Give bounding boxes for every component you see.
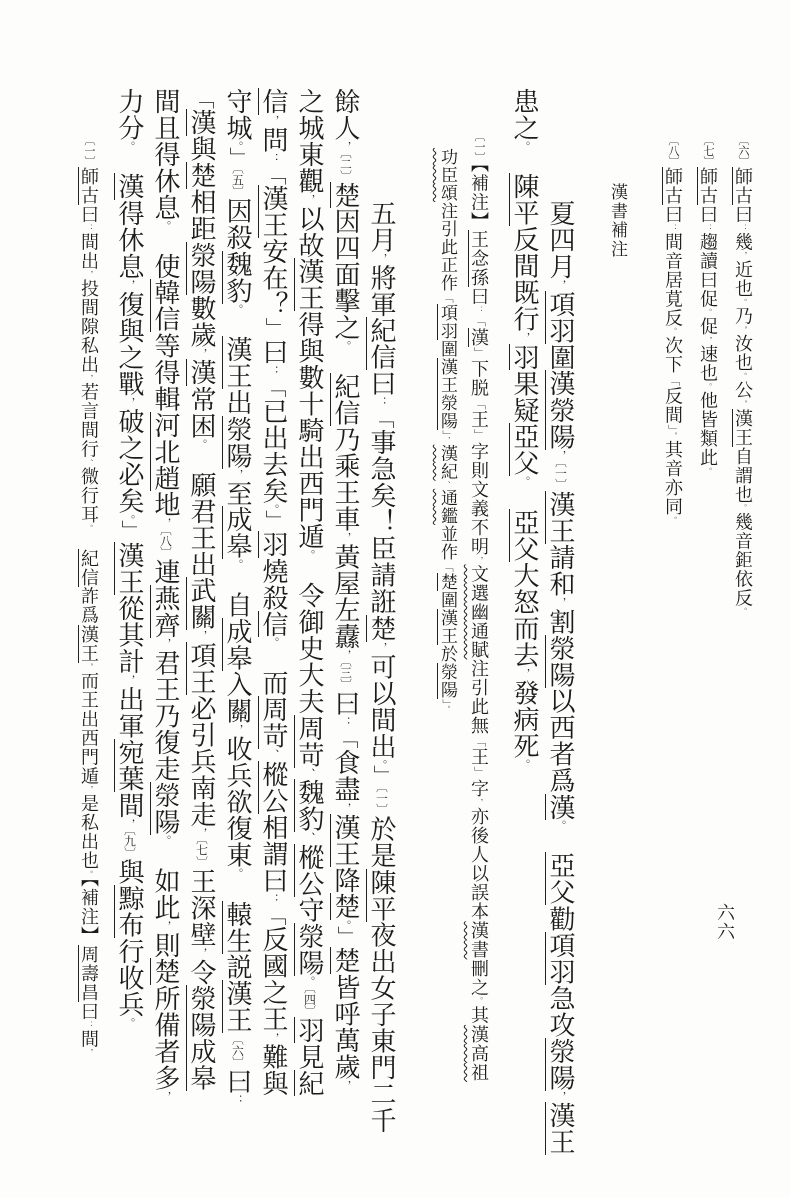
text-column: 〔一〕師古曰：間出，投間隙私出，若言間行、微行耳。 紀信詐爲漢王，而王出西門遁，… [80,88,98,1133]
punctuation: ， [669,432,678,441]
text-column: 夏四月，項羽圍漢滎陽，〔一〕漢王請和，割滎陽以西者爲漢。 亞父勸項羽急攻滎陽，漢… [547,88,573,1133]
proper-noun-mark: 漢王 [732,409,753,447]
text-run: ， [546,450,575,461]
punctuation: ， [267,115,279,126]
punctuation: 、 [443,481,451,489]
text-run: 燒殺 [259,558,288,611]
punctuation: ， [518,668,530,679]
text-column: 餘人，〔二〕楚因四面擊之。 紀信乃乘王車，黃屋左纛，〔三〕曰：「食盡，漢王降楚。… [332,88,358,1133]
proper-noun-mark: 韓信 [150,279,180,332]
text-run: 守城。」 [223,88,252,168]
proper-noun-mark: 魏豹 [222,251,252,304]
punctuation: ： [267,365,279,376]
footnote-marker: 〔八〕 [159,529,172,558]
proper-noun-mark: 滎陽 [294,923,324,976]
text-run: 於是 [367,816,396,869]
text-run: 。 [223,304,252,336]
text-run: 、 [259,749,288,760]
proper-noun-mark: 漢王 [545,1102,575,1155]
text-column: 功臣頌注引此正作「項羽圍漢王滎陽」，漢紀、通鑑並作「楚圍漢王於滎陽」。 [439,88,456,1133]
text-run: 見 [295,1043,324,1070]
punctuation: 。 [267,637,279,643]
text-run: 夏四月， [546,200,575,291]
punctuation: ， [195,630,207,641]
text-run: 。 [295,976,324,987]
punctuation: 。 [303,550,315,556]
proper-noun-mark: 羽 [294,1017,324,1044]
punctuation: 。 [231,868,243,874]
punctuation: 、 [267,749,279,760]
text-run: 。 如此，則 [151,835,180,958]
punctuation: ， [85,1049,94,1058]
punctuation: ， [339,802,351,813]
punctuation: ， [85,271,94,280]
punctuation: 。 [443,705,451,713]
text-run: 、 [295,832,324,843]
proper-noun-mark: 信 [258,88,288,115]
punctuation: ， [375,642,387,653]
proper-noun-mark: 滎陽 [150,782,180,835]
text-column: 患之。 陳平反間既行，羽果疑亞父。 亞父大怒而去，發病死。 [511,88,537,1133]
footnote-marker: 〔六〕 [737,134,749,167]
text-run: 之城東觀，以故 [295,88,324,258]
quote-bracket: 」 [473,429,486,442]
quote-bracket: 」 [473,767,486,780]
text-run: 曰：幾，近也。乃，汝也。公， [733,205,753,408]
punctuation: ： [267,893,279,904]
punctuation: 。 [704,468,713,477]
quote-bracket: 「 [441,292,453,304]
text-column: 〔一〕【補注】王念孫曰：「漢」下脱「王」字則文義不明，文選幽通賦注引此無「王」字… [470,88,488,1133]
proper-noun-mark: 師古 [78,167,99,205]
text-run: 與 [187,136,216,163]
punctuation: ： [85,1021,94,1030]
punctuation: ， [339,532,351,543]
text-run: 因四面擊之。 [331,208,360,373]
punctuation: 。 [669,328,678,337]
proper-noun-mark: 楚 [366,615,396,642]
proper-noun-mark: 亞父 [509,509,539,562]
punctuation: ， [195,827,207,838]
proper-noun-mark: 滎陽 [545,397,575,450]
punctuation: 。 [475,997,484,1006]
punctuation: ， [123,818,135,829]
text-run: ，而王出西門遁，是私出也。 [79,663,99,879]
proper-noun-mark: 漢 [468,328,489,347]
proper-noun-mark: 滎陽 [186,242,216,295]
quote-bracket: 「 [473,735,486,748]
text-run: 請和，割 [546,544,575,635]
text-run: 皆呼萬歲， [331,974,360,1091]
text-run: 於 [438,645,457,663]
text-run: 與 [115,859,144,886]
text-run: 曰：「事急矣！臣請誑 [367,370,396,615]
punctuation: ， [159,1091,171,1102]
proper-noun-mark: 趙 [150,465,180,492]
punctuation: ： [669,224,678,233]
buzhu-label: 【補注】 [79,878,99,945]
proper-noun-mark: 周苛 [294,715,324,768]
punctuation: ， [303,194,315,205]
proper-noun-mark: 羽 [509,344,539,371]
footnote-marker: 〔九〕 [123,829,136,858]
punctuation: ： [475,306,484,315]
proper-noun-mark: 周壽昌 [78,945,99,1002]
proper-noun-mark: 武關 [186,577,216,630]
proper-noun-mark: 魏豹 [294,779,324,832]
punctuation: 。 [85,870,94,879]
text-run: 曰： [223,1068,252,1106]
punctuation: 、 [303,768,315,779]
text-run: 反間既行， [510,226,539,343]
proper-noun-mark: 黥布 [114,885,144,938]
punctuation: ， [85,663,94,672]
proper-noun-mark: 楚 [330,182,360,209]
text-run: 曰：間， [79,1002,99,1057]
text-run: ， [546,1091,575,1102]
text-run: 間且得休息。 使 [151,88,180,279]
text-run: 曰：「 [469,287,489,327]
proper-noun-mark: 陳平 [509,173,539,226]
book-title-mark: 漢紀 [438,445,457,481]
book-title-mark: 漢書 [469,921,489,959]
proper-noun-mark: 項王 [186,642,216,695]
quote-bracket: 「 [473,397,486,410]
quote-bracket: 「 [190,88,213,109]
text-run: 圍 [546,344,575,371]
proper-noun-mark: 信 [258,611,288,638]
text-run: 説 [223,954,252,981]
proper-noun-mark: 紀信 [330,373,360,426]
text-run: 間， [115,792,144,830]
punctuation: ， [739,252,748,261]
text-run: 安在？」曰：「已出去矣。」 [259,238,288,531]
text-run: 等得輯 [151,332,180,412]
quote-bracket: 「 [370,408,393,429]
punctuation: 。 [554,820,566,826]
proper-noun-mark: 漢 [545,370,575,397]
punctuation: ： [739,224,748,233]
text-run: 出 [223,389,252,416]
punctuation: ， [123,397,135,408]
proper-noun-mark: 成皋 [222,506,252,559]
proper-noun-mark: 王念孫 [468,230,489,287]
proper-noun-mark: 漢王 [294,258,324,311]
footnote-marker: 〔一〕 [473,130,485,163]
proper-noun-mark: 漢王 [222,980,252,1033]
proper-noun-mark: 項羽 [545,291,575,344]
text-run: 並作「 [438,525,457,573]
text-run: 常困。 願君王出 [187,386,216,577]
punctuation: 。 [231,304,243,310]
proper-noun-mark: 漢 [186,359,216,386]
footnote-marker: 〔七〕 [195,839,208,868]
quote-bracket: 」 [334,926,357,947]
text-run: 王深壁，令 [187,868,216,985]
text-run: 夜出女子東門二千 [367,922,396,1134]
proper-noun-mark: 漢王 [437,609,457,645]
text-run: 曰：間音居莧反。次下「反間」，其音亦同。 [663,205,683,525]
punctuation: ， [195,348,207,359]
text-run: 」。 [438,699,457,714]
proper-noun-mark: 楚 [150,958,180,985]
text-run: ， [187,630,216,641]
text-run: 連 [151,559,180,586]
punctuation: 。 [123,141,135,147]
text-run: 以西者爲 [546,688,575,794]
punctuation: ： [267,152,279,163]
text-run: 必引兵南走， [187,695,216,839]
proper-noun-mark: 項羽 [545,932,575,985]
quote-bracket: 「 [667,375,680,388]
proper-noun-mark: 轅生 [222,901,252,954]
text-run: 地， [151,491,180,529]
quote-bracket: 「 [262,164,285,185]
punctuation: 、 [303,832,315,843]
proper-noun-mark: 滎陽 [545,1038,575,1091]
punctuation: ， [159,518,171,529]
text-run: 圍 [438,591,457,609]
proper-noun-mark: 楚 [437,573,457,591]
text-run: 圍 [438,340,457,358]
text-column: 〔七〕師古曰：趨讀曰促。促，速也。他皆類此。 [699,88,717,1133]
proper-noun-mark: 師古 [732,167,753,205]
proper-noun-mark: 漢 [186,109,216,136]
punctuation: 。 [339,341,351,347]
text-run: 。 [546,820,575,852]
punctuation: ， [123,674,135,685]
text-run: 從其計，出軍 [115,595,144,739]
text-run: 大怒而去，發病死。 [510,562,539,770]
text-run: 詐爲 [79,587,99,625]
text-run: 五月，將軍 [367,200,396,317]
text-run: 曰：趨讀曰促。促，速也。他皆類此。 [698,205,718,476]
punctuation: 。 [669,517,678,526]
text-column: 〔六〕師古曰：幾，近也。乃，汝也。公，漢王自謂也。幾音鉅依反。 [734,88,752,1133]
punctuation: ： [85,224,94,233]
proper-noun-mark: 漢王 [114,542,144,595]
text-run: 相謂曰：「反國之王，難與 [259,814,288,1097]
proper-noun-mark: 紀信 [78,549,99,587]
punctuation: 。 [739,607,748,616]
punctuation: ， [375,253,387,264]
text-run: 曰：間出，投間隙私出，若言間行、微行耳。 [79,205,99,548]
text-run: 入關，收兵欲復東。 [223,671,252,900]
text-column: 間且得休息。 使韓信等得輯河北趙地，〔八〕連燕齊，君王乃復走滎陽。 如此，則楚所… [152,88,178,1133]
punctuation: ： [375,397,387,408]
punctuation: ， [267,1032,279,1043]
footnote-marker: 〔五〕 [231,168,244,197]
text-run: 、 [438,481,457,489]
text-run: 因殺 [223,198,252,251]
punctuation: ， [159,921,171,932]
footnote-marker: 〔三〕 [339,661,352,690]
proper-noun-mark: 滎陽 [186,985,216,1038]
punctuation: 。 [159,835,171,841]
proper-noun-mark: 樅公 [258,761,288,814]
proper-noun-mark: 漢 [114,173,144,200]
text-run: 得休息，復與之戰，破之必矣。」 [115,200,144,542]
text-columns: 〔六〕師古曰：幾，近也。乃，汝也。公，漢王自謂也。幾音鉅依反。〔七〕師古曰：趨讀… [80,88,752,1133]
footnote-marker: 〔二〕 [339,152,352,181]
footnote-marker: 〔一〕 [375,786,388,815]
text-column: 五月，將軍紀信曰：「事急矣！臣請誑楚，可以間出。」〔一〕於是陳平夜出女子東門二千 [368,88,394,1133]
punctuation: ， [704,337,713,346]
text-run: 所備者多， [151,985,180,1102]
text-run: ，君王乃復走 [151,638,180,782]
punctuation: ， [159,638,171,649]
text-run: 得與數十騎出西門遁。 令御史大夫 [295,311,324,714]
proper-noun-mark: 漢王 [330,814,360,867]
footnote-marker: 〔一〕 [83,134,95,167]
proper-noun-mark: 樅公 [294,844,324,897]
punctuation: ， [123,279,135,290]
punctuation: ， [554,597,566,608]
footnote-marker: 〔七〕 [702,134,714,167]
quote-bracket: 「 [262,905,285,926]
text-column: 守城。」〔五〕因殺魏豹。 漢王出滎陽，至成皋。 自成皋入關，收兵欲復東。 轅生説… [224,88,250,1133]
text-run: 勸 [546,905,575,932]
footnote-marker: 〔八〕 [667,134,679,167]
book-title-mark: 漢高祖 [469,1025,489,1082]
footnote-marker: 〔一〕 [554,461,567,490]
punctuation: 。 [704,309,713,318]
text-run: ，可以間出。」 [367,642,396,787]
punctuation: ， [554,450,566,461]
proper-noun-mark: 滎陽 [437,663,457,699]
proper-noun-mark: 亞父 [509,423,539,476]
proper-noun-mark: 燕 [150,585,180,612]
punctuation: ， [231,469,243,480]
proper-noun-mark: 漢王 [78,625,99,663]
punctuation: 。 [739,373,748,382]
punctuation: 。 [123,1018,135,1029]
text-run: 急攻 [546,985,575,1038]
punctuation: ： [339,717,351,728]
text-run: 力分。 [115,88,144,173]
text-column: 力分。 漢得休息，復與之戰，破之必矣。」漢王從其計，出軍宛葉間，〔九〕與黥布行收… [116,88,142,1133]
book-title-mark: 通鑑 [438,489,457,525]
quote-bracket: 「 [473,315,486,328]
text-run: 相距 [187,189,216,242]
punctuation: ， [231,724,243,735]
text-run: 自謂也。幾音鉅依反。 [733,447,753,616]
proper-noun-mark: 滎陽 [222,416,252,469]
punctuation: 。 [159,221,171,227]
footnote-marker: 〔四〕 [303,988,316,1017]
text-run: 乃乘王車，黃屋左纛， [331,426,360,661]
text-run: 。 [510,476,539,508]
punctuation: ， [475,799,484,808]
quote-bracket: 」 [118,520,141,541]
text-run: 注引此無「王」字，亦後人以誤本 [469,659,489,921]
punctuation: ， [85,375,94,384]
text-run: 「 [187,88,216,109]
punctuation: ， [739,400,748,409]
punctuation: ， [518,332,530,343]
punctuation: 。 [231,559,243,565]
text-run: 果疑 [510,370,539,423]
proper-noun-mark: 師古 [662,167,683,205]
proper-noun-mark: 楚 [186,162,216,189]
proper-noun-mark: 項羽 [437,304,457,340]
punctuation: ： [231,1095,243,1106]
text-column: 之城東觀，以故漢王得與數十騎出西門遁。 令御史大夫周苛、魏豹、樅公守滎陽。〔四〕… [296,88,322,1133]
text-run: ，至 [223,469,252,507]
book-title-mark: 幽通賦 [469,602,489,659]
punctuation: ， [554,280,566,291]
punctuation: ， [339,141,351,152]
text-run: 」下脱「王」字則文義不明， [469,347,489,565]
text-column: 信，問：「漢王安在？」曰：「已出去矣。」羽燒殺信。 而周苛、樅公相謂曰：「反國之… [260,88,286,1133]
text-run: 刪之。其 [469,959,489,1025]
quote-bracket: 」 [226,147,249,168]
punctuation: ， [443,437,451,445]
proper-noun-mark: 齊 [150,612,180,639]
proper-noun-mark: 葉 [114,765,144,792]
text-run: 數歲， [187,295,216,359]
punctuation: ， [85,785,94,794]
proper-noun-mark: 漢王 [437,358,457,394]
text-column: 「漢與楚相距滎陽數歲，漢常困。 願君王出武關，項王必引兵南走，〔七〕王深壁，令滎… [188,88,214,1133]
proper-noun-mark: 楚 [330,947,360,974]
proper-noun-mark: 河北 [150,412,180,465]
text-run: 」， [438,430,457,445]
punctuation: ， [339,1080,351,1091]
text-run: 餘人， [331,88,360,152]
quote-bracket: 」 [262,510,285,531]
quote-bracket: 「 [262,377,285,398]
text-run: 。 自 [223,559,252,618]
proper-noun-mark: 漢王 [545,491,575,544]
book-title-mark: 文選 [469,564,489,602]
punctuation: 。 [518,141,530,147]
quote-bracket: 「 [334,728,357,749]
footnote-marker: 〔六〕 [231,1033,244,1068]
punctuation: ， [739,326,748,335]
buzhu-label: 【補注】 [469,163,489,230]
proper-noun-mark: 楚 [330,893,360,920]
text-run: 。」 [331,920,360,947]
proper-noun-mark: 滎陽 [545,635,575,688]
proper-noun-mark: 周苛 [258,696,288,749]
punctuation: 、 [85,459,94,468]
quote-bracket: 」 [262,318,285,339]
proper-noun-mark: 紀信 [366,317,396,370]
text-run: 、 [295,768,324,779]
quote-bracket: 」 [370,765,393,786]
proper-noun-mark: 紀 [294,1070,324,1097]
punctuation: ， [339,650,351,661]
text-column: 〔八〕師古曰：間音居莧反。次下「反間」，其音亦同。 [664,88,682,1133]
punctuation: ： [704,224,713,233]
punctuation: ， [195,947,207,958]
text-run: 。 而 [259,637,288,696]
proper-noun-mark: 漢王 [222,336,252,389]
proper-noun-mark: 亞父 [545,852,575,905]
punctuation: ， [554,1091,566,1102]
proper-noun-mark: 成皋 [222,618,252,671]
punctuation: 。 [303,976,315,987]
text-run: ，問：「 [259,115,288,186]
text-run: 降 [331,867,360,894]
proper-noun-mark: 宛 [114,739,144,766]
text-run: 行收兵。 [115,938,144,1029]
proper-noun-mark: 成皋 [186,1038,216,1091]
proper-noun-mark: 師古 [697,167,718,205]
proper-noun-mark: 漢 [545,794,575,821]
text-run: 曰：「食盡， [331,690,360,814]
